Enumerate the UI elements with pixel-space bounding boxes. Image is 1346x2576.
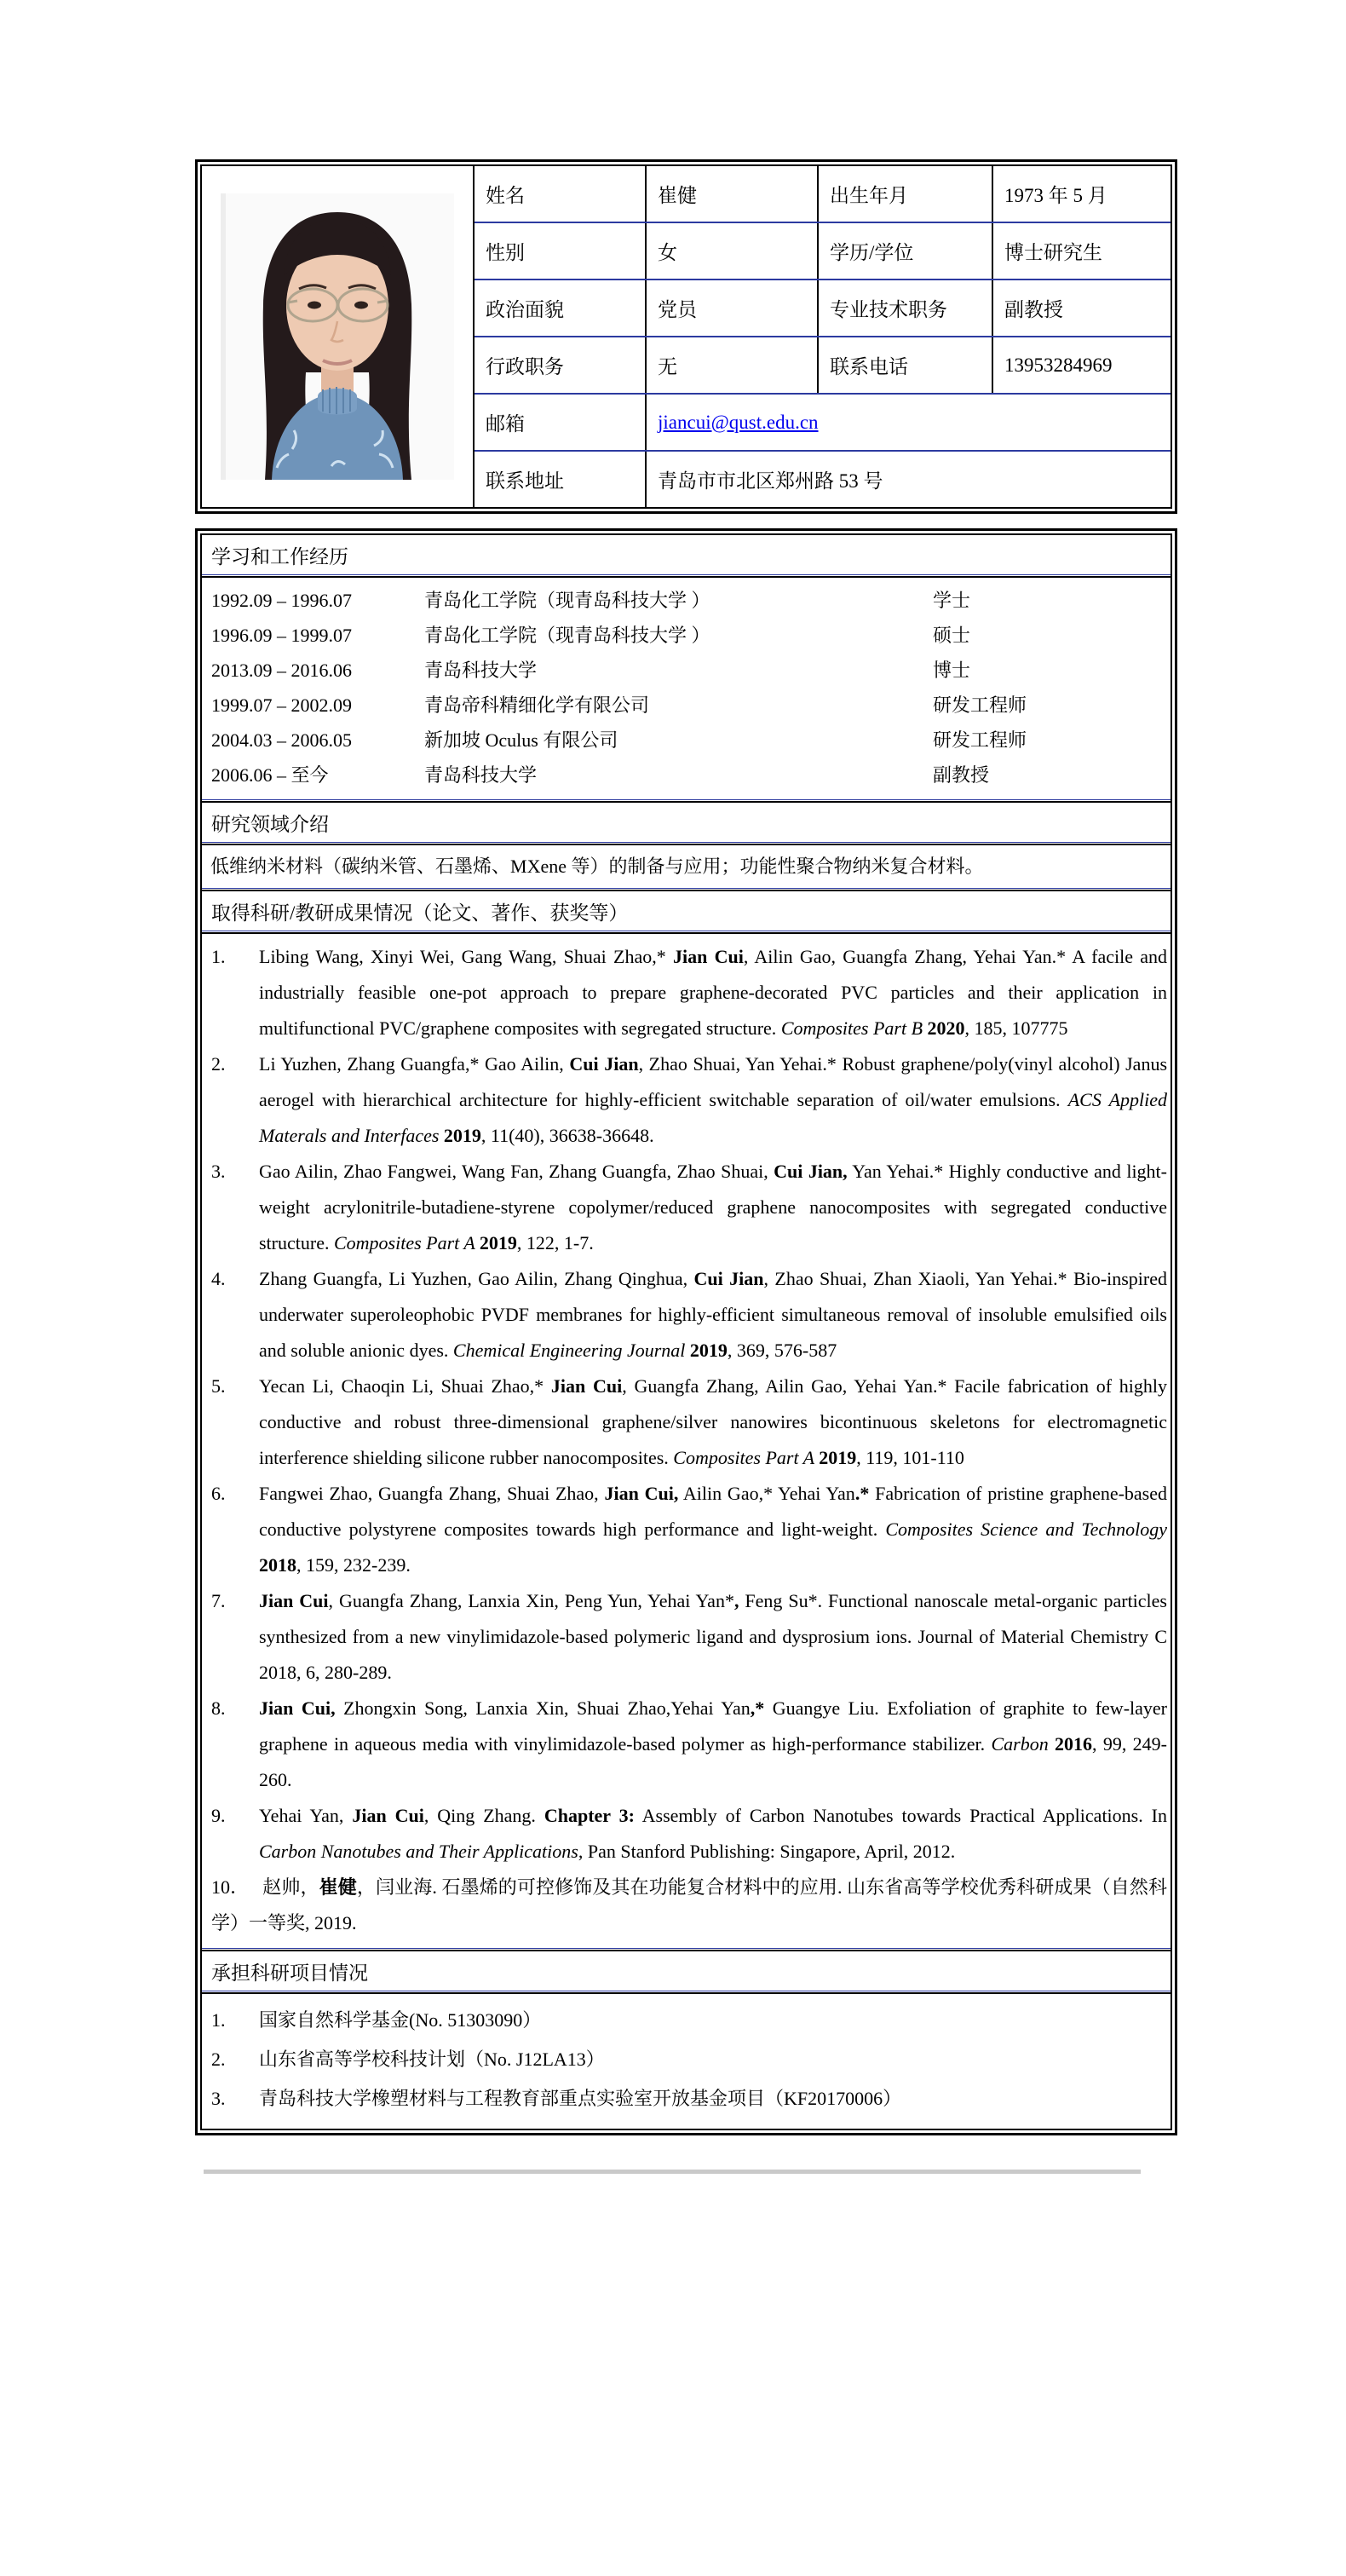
publication-text: Gao Ailin, Zhao Fangwei, Wang Fan, Zhang… <box>259 1154 1167 1261</box>
experience-row: 2006.06 – 至今 青岛科技大学 副教授 <box>202 758 1171 792</box>
publication-item: 7.Jian Cui, Guangfa Zhang, Lanxia Xin, P… <box>202 1583 1171 1691</box>
photo-cell <box>202 166 475 507</box>
section-title-experience: 学习和工作经历 <box>202 535 1171 574</box>
field-value-title: 副教授 <box>993 280 1171 336</box>
publication-item: 9.Yehai Yan, Jian Cui, Qing Zhang. Chapt… <box>202 1798 1171 1870</box>
publication-number: 9. <box>211 1798 259 1870</box>
field-label-gender: 性别 <box>475 223 647 279</box>
profile-row-gender: 性别 女 学历/学位 博士研究生 <box>475 223 1171 280</box>
field-value-admin: 无 <box>647 337 819 393</box>
experience-role: 研发工程师 <box>933 688 1171 723</box>
field-value-degree: 博士研究生 <box>993 223 1171 279</box>
section-title-research: 研究领域介绍 <box>202 803 1171 842</box>
experience-row: 1992.09 – 1996.07 青岛化工学院（现青岛科技大学 ） 学士 <box>202 583 1171 618</box>
experience-row: 2013.09 – 2016.06 青岛科技大学 博士 <box>202 653 1171 688</box>
cv-content: 姓名 崔健 出生年月 1973 年 5 月 性别 女 学历/学位 博士研究生 政… <box>195 159 1177 2174</box>
experience-period: 2004.03 – 2006.05 <box>211 723 424 758</box>
field-label-political: 政治面貌 <box>475 280 647 336</box>
project-text: 国家自然科学基金(No. 51303090） <box>259 2001 541 2040</box>
experience-org: 青岛化工学院（现青岛科技大学 ） <box>424 583 933 618</box>
experience-period: 2013.09 – 2016.06 <box>211 653 424 688</box>
projects-list: 1. 国家自然科学基金(No. 51303090） 2. 山东省高等学校科技计划… <box>202 1994 1171 2129</box>
publication-text: 赵帅，崔健，闫业海. 石墨烯的可控修饰及其在功能复合材料中的应用. 山东省高等学… <box>211 1876 1167 1933</box>
project-item: 1. 国家自然科学基金(No. 51303090） <box>202 2001 1171 2040</box>
experience-role: 副教授 <box>933 758 1171 792</box>
publication-text: Jian Cui, Guangfa Zhang, Lanxia Xin, Pen… <box>259 1583 1167 1691</box>
profile-table: 姓名 崔健 出生年月 1973 年 5 月 性别 女 学历/学位 博士研究生 政… <box>195 159 1177 514</box>
experience-period: 2006.06 – 至今 <box>211 758 424 792</box>
experience-role: 博士 <box>933 653 1171 688</box>
profile-fields: 姓名 崔健 出生年月 1973 年 5 月 性别 女 学历/学位 博士研究生 政… <box>475 166 1171 507</box>
experience-org: 新加坡 Oculus 有限公司 <box>424 723 933 758</box>
field-label-address: 联系地址 <box>475 452 647 507</box>
section-title-achievements: 取得科研/教研成果情况（论文、著作、获奖等） <box>202 891 1171 931</box>
publication-text: Fangwei Zhao, Guangfa Zhang, Shuai Zhao,… <box>259 1476 1167 1583</box>
details-table: 学习和工作经历 1992.09 – 1996.07 青岛化工学院（现青岛科技大学… <box>195 528 1177 2135</box>
experience-org: 青岛帝科精细化学有限公司 <box>424 688 933 723</box>
field-label-title: 专业技术职务 <box>819 280 993 336</box>
publication-number: 5. <box>211 1369 259 1476</box>
experience-role: 硕士 <box>933 618 1171 653</box>
publication-item: 10．赵帅，崔健，闫业海. 石墨烯的可控修饰及其在功能复合材料中的应用. 山东省… <box>202 1870 1171 1941</box>
publication-number: 4. <box>211 1261 259 1369</box>
portrait-photo <box>221 193 454 480</box>
details-table-inner: 学习和工作经历 1992.09 – 1996.07 青岛化工学院（现青岛科技大学… <box>200 533 1172 2130</box>
publication-item: 5.Yecan Li, Chaoqin Li, Shuai Zhao,* Jia… <box>202 1369 1171 1476</box>
publication-text: Yehai Yan, Jian Cui, Qing Zhang. Chapter… <box>259 1798 1167 1870</box>
publication-text: Libing Wang, Xinyi Wei, Gang Wang, Shuai… <box>259 939 1167 1046</box>
field-label-email: 邮箱 <box>475 395 647 450</box>
experience-row: 1999.07 – 2002.09 青岛帝科精细化学有限公司 研发工程师 <box>202 688 1171 723</box>
publication-number: 7. <box>211 1583 259 1691</box>
field-label-degree: 学历/学位 <box>819 223 993 279</box>
profile-row-admin: 行政职务 无 联系电话 13953284969 <box>475 337 1171 395</box>
publication-item: 8.Jian Cui, Zhongxin Song, Lanxia Xin, S… <box>202 1691 1171 1798</box>
experience-org: 青岛科技大学 <box>424 758 933 792</box>
project-number: 3. <box>211 2079 259 2118</box>
profile-table-inner: 姓名 崔健 出生年月 1973 年 5 月 性别 女 学历/学位 博士研究生 政… <box>200 164 1172 509</box>
field-value-address: 青岛市市北区郑州路 53 号 <box>647 452 1171 507</box>
publication-number: 10． <box>211 1876 249 1898</box>
project-text: 青岛科技大学橡塑材料与工程教育部重点实验室开放基金项目（KF20170006） <box>259 2079 901 2118</box>
project-text: 山东省高等学校科技计划（No. J12LA13） <box>259 2040 605 2079</box>
publication-text: Zhang Guangfa, Li Yuzhen, Gao Ailin, Zha… <box>259 1261 1167 1369</box>
publication-number: 6. <box>211 1476 259 1583</box>
profile-row-political: 政治面貌 党员 专业技术职务 副教授 <box>475 280 1171 337</box>
project-item: 3. 青岛科技大学橡塑材料与工程教育部重点实验室开放基金项目（KF2017000… <box>202 2079 1171 2118</box>
experience-period: 1999.07 – 2002.09 <box>211 688 424 723</box>
experience-org: 青岛化工学院（现青岛科技大学 ） <box>424 618 933 653</box>
publication-number: 1. <box>211 939 259 1046</box>
publication-number: 3. <box>211 1154 259 1261</box>
experience-org: 青岛科技大学 <box>424 653 933 688</box>
field-value-name: 崔健 <box>647 166 819 222</box>
publication-item: 3.Gao Ailin, Zhao Fangwei, Wang Fan, Zha… <box>202 1154 1171 1261</box>
profile-row-address: 联系地址 青岛市市北区郑州路 53 号 <box>475 452 1171 507</box>
field-label-name: 姓名 <box>475 166 647 222</box>
section-title-projects: 承担科研项目情况 <box>202 1951 1171 1991</box>
publication-text: Jian Cui, Zhongxin Song, Lanxia Xin, Shu… <box>259 1691 1167 1798</box>
profile-row-email: 邮箱 jiancui@qust.edu.cn <box>475 395 1171 452</box>
publication-number: 8. <box>211 1691 259 1798</box>
publication-item: 4.Zhang Guangfa, Li Yuzhen, Gao Ailin, Z… <box>202 1261 1171 1369</box>
publication-text: Yecan Li, Chaoqin Li, Shuai Zhao,* Jian … <box>259 1369 1167 1476</box>
cv-document-page: 姓名 崔健 出生年月 1973 年 5 月 性别 女 学历/学位 博士研究生 政… <box>0 0 1346 2576</box>
field-value-political: 党员 <box>647 280 819 336</box>
email-link[interactable]: jiancui@qust.edu.cn <box>658 412 819 434</box>
experience-role: 研发工程师 <box>933 723 1171 758</box>
field-value-email: jiancui@qust.edu.cn <box>647 395 1171 450</box>
research-area-text: 低维纳米材料（碳纳米管、石墨烯、MXene 等）的制备与应用；功能性聚合物纳米复… <box>202 845 1171 888</box>
publication-item: 6.Fangwei Zhao, Guangfa Zhang, Shuai Zha… <box>202 1476 1171 1583</box>
publication-item: 1.Libing Wang, Xinyi Wei, Gang Wang, Shu… <box>202 939 1171 1046</box>
field-label-admin: 行政职务 <box>475 337 647 393</box>
horizontal-divider <box>204 2170 1141 2174</box>
experience-list: 1992.09 – 1996.07 青岛化工学院（现青岛科技大学 ） 学士 19… <box>202 578 1171 799</box>
field-label-phone: 联系电话 <box>819 337 993 393</box>
field-label-birth: 出生年月 <box>819 166 993 222</box>
experience-row: 2004.03 – 2006.05 新加坡 Oculus 有限公司 研发工程师 <box>202 723 1171 758</box>
publication-number: 2. <box>211 1046 259 1154</box>
publication-text: Li Yuzhen, Zhang Guangfa,* Gao Ailin, Cu… <box>259 1046 1167 1154</box>
profile-row-name: 姓名 崔健 出生年月 1973 年 5 月 <box>475 166 1171 223</box>
experience-role: 学士 <box>933 583 1171 618</box>
publication-item: 2.Li Yuzhen, Zhang Guangfa,* Gao Ailin, … <box>202 1046 1171 1154</box>
field-value-gender: 女 <box>647 223 819 279</box>
project-number: 1. <box>211 2001 259 2040</box>
field-value-birth: 1973 年 5 月 <box>993 166 1171 222</box>
experience-row: 1996.09 – 1999.07 青岛化工学院（现青岛科技大学 ） 硕士 <box>202 618 1171 653</box>
experience-period: 1992.09 – 1996.07 <box>211 583 424 618</box>
field-value-phone: 13953284969 <box>993 337 1171 393</box>
publications-list: 1.Libing Wang, Xinyi Wei, Gang Wang, Shu… <box>202 934 1171 1948</box>
project-item: 2. 山东省高等学校科技计划（No. J12LA13） <box>202 2040 1171 2079</box>
experience-period: 1996.09 – 1999.07 <box>211 618 424 653</box>
project-number: 2. <box>211 2040 259 2079</box>
